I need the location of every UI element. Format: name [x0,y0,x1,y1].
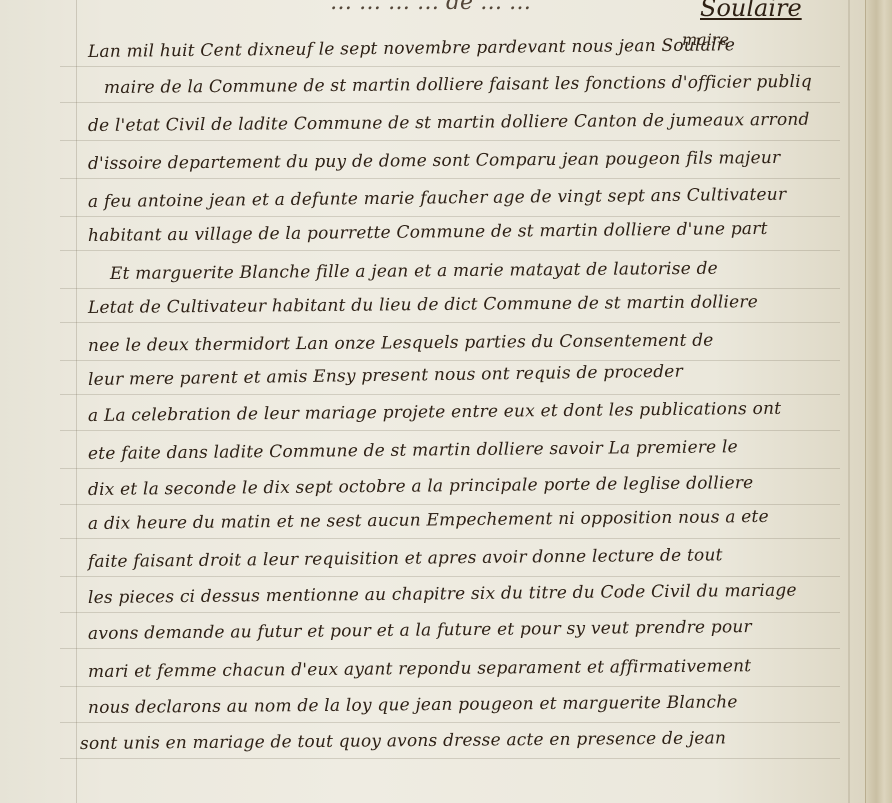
handwritten-line: faite faisant droit a leur requisition e… [88,545,723,572]
ruled-line [60,140,840,141]
ruled-line [60,288,840,289]
page-fold [848,0,850,803]
ruled-line [60,430,840,431]
handwritten-line: a dix heure du matin et ne sest aucun Em… [88,507,769,534]
ruled-line [60,758,840,759]
handwritten-line: avons demande au futur et pour et a la f… [88,617,752,644]
ruled-line [60,178,840,179]
ruled-line [60,576,840,577]
handwritten-line: ete faite dans ladite Commune de st mart… [88,437,738,464]
handwritten-line: les pieces ci dessus mentionne au chapit… [88,581,797,608]
handwritten-line: Lan mil huit Cent dixneuf le sept novemb… [88,35,735,62]
ruled-line [60,722,840,723]
document-page: … … … … de … … Soulaire maire Lan mil hu… [0,0,892,803]
handwritten-line: maire de la Commune de st martin dollier… [104,72,812,98]
ruled-line [60,612,840,613]
handwritten-line: de l'etat Civil de ladite Commune de st … [88,110,810,136]
ruled-line [60,102,840,103]
page-edge [865,0,892,803]
ruled-line [60,394,840,395]
margin-rule [76,0,77,803]
ruled-line [60,504,840,505]
ruled-line [60,216,840,217]
ruled-line [60,360,840,361]
mayor-signature: Soulaire [700,0,802,22]
ruled-line [60,468,840,469]
ruled-line [60,686,840,687]
handwritten-line: mari et femme chacun d'eux ayant repondu… [88,656,751,682]
ruled-line [60,250,840,251]
handwritten-line: nee le deux thermidort Lan onze Lesquels… [88,331,714,356]
handwritten-line: leur mere parent et amis Ensy present no… [88,362,683,390]
cropped-text: … … … … de … … [330,0,531,15]
handwritten-line: a La celebration de leur mariage projete… [88,399,781,426]
handwritten-line: dix et la seconde le dix sept octobre a … [88,473,754,500]
handwritten-line: sont unis en mariage de tout quoy avons … [80,728,726,754]
handwritten-line: d'issoire departement du puy de dome son… [88,148,780,174]
ruled-line [60,66,840,67]
handwritten-line: Letat de Cultivateur habitant du lieu de… [88,292,758,318]
handwritten-line: a feu antoine jean et a defunte marie fa… [88,185,786,212]
handwritten-line: Et marguerite Blanche fille a jean et a … [110,259,718,284]
ruled-line [60,322,840,323]
ruled-line [60,648,840,649]
handwritten-line: nous declarons au nom de la loy que jean… [88,692,738,718]
handwritten-line: habitant au village de la pourrette Comm… [88,219,768,246]
ruled-line [60,538,840,539]
